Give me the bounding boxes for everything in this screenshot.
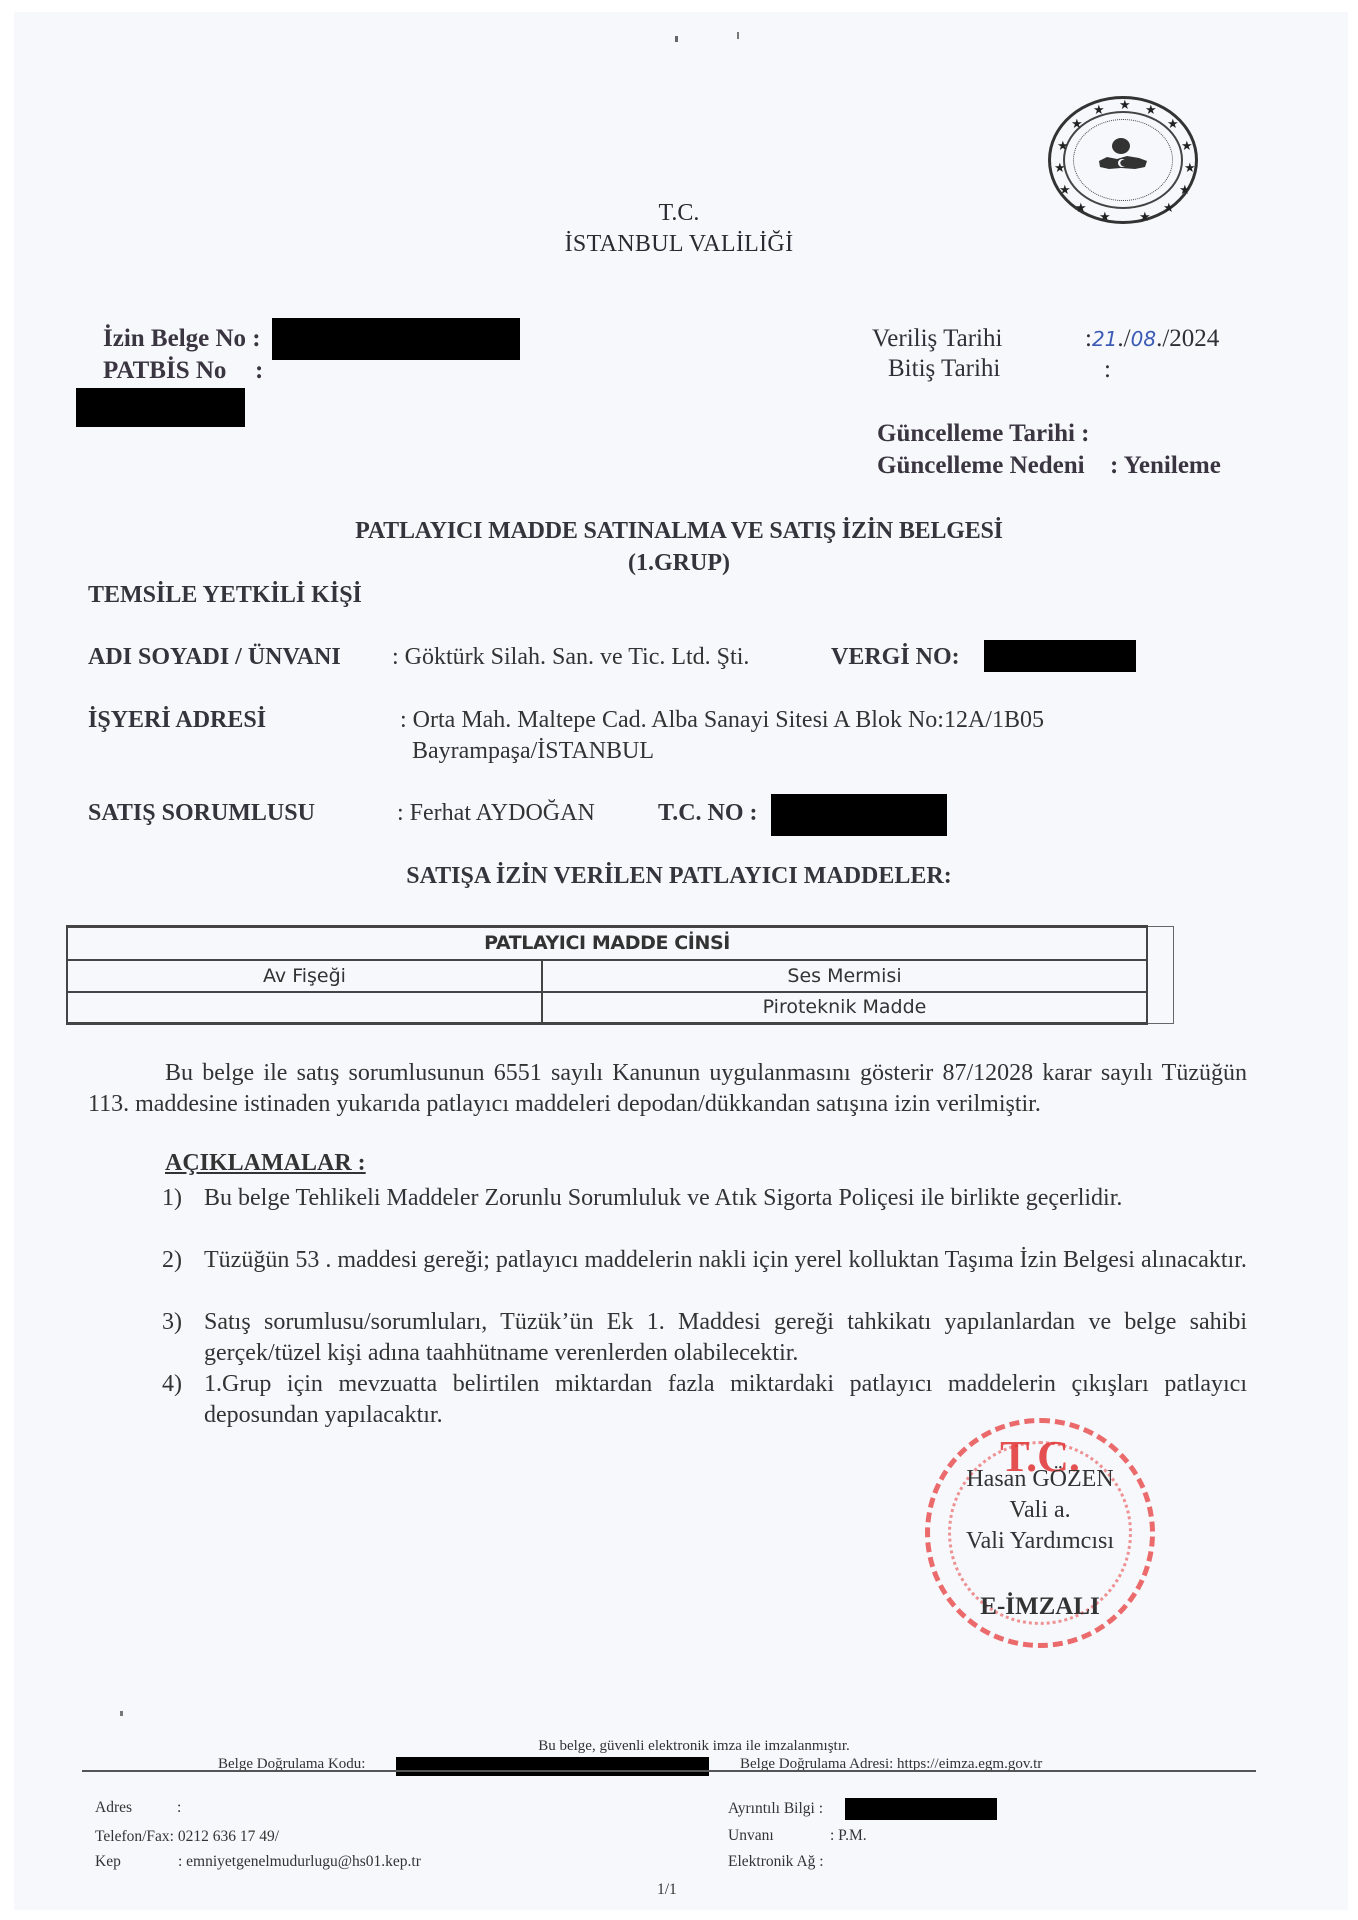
patbis-colon: : (255, 357, 263, 385)
table-cell: Ses Mermisi (542, 960, 1147, 992)
note-item: 1) Bu belge Tehlikeli Maddeler Zorunlu S… (162, 1183, 1247, 1245)
table-side-spacer (1147, 927, 1173, 1024)
sales-responsible-label: SATIŞ SORUMLUSU (88, 800, 315, 827)
note-number: 4) (162, 1369, 182, 1400)
star-icon: ★ (1184, 161, 1196, 174)
workplace-address-label: İŞYERİ ADRESİ (88, 707, 266, 734)
note-item: 2) Tüzüğün 53 . maddesi gereği; patlayıc… (162, 1245, 1247, 1307)
update-reason-value: : Yenileme (1110, 452, 1221, 480)
table-cell: Av Fişeği (67, 960, 542, 992)
scan-speck (120, 1711, 123, 1716)
issue-day-handwritten: 21 (1092, 327, 1117, 351)
patbis-number-redacted (76, 388, 245, 427)
document-subtitle: (1.GRUP) (0, 550, 1358, 577)
detail-info-label: Ayrıntılı Bilgi : (728, 1800, 823, 1818)
note-item: 4) 1.Grup için mevzuatta belirtilen mikt… (162, 1369, 1247, 1431)
kep-address: : emniyetgenelmudurlugu@hs01.kep.tr (178, 1853, 421, 1871)
table-cell: Piroteknik Madde (542, 992, 1147, 1024)
note-item: 3) Satış sorumlusu/sorumluları, Tüzük’ün… (162, 1307, 1247, 1369)
star-icon: ★ (1059, 183, 1071, 196)
e-signed-label: E-İMZALI (930, 1593, 1150, 1621)
expiry-date-label: Bitiş Tarihi (888, 355, 1000, 383)
phone-fax: Telefon/Fax: 0212 636 17 49/ (95, 1828, 279, 1846)
company-name-value: : Göktürk Silah. San. ve Tic. Ltd. Şti. (392, 644, 749, 671)
header-tc: T.C. (0, 200, 1358, 227)
issue-month-handwritten: 08 (1131, 327, 1156, 351)
star-icon: ★ (1181, 139, 1193, 152)
note-text: 1.Grup için mevzuatta belirtilen miktard… (204, 1369, 1247, 1431)
signer-proxy: Vali a. (930, 1497, 1150, 1524)
star-icon: ★ (1167, 117, 1179, 130)
permit-number-redacted (272, 318, 520, 360)
header-governorship: İSTANBUL VALİLİĞİ (0, 231, 1358, 258)
scan-speck (737, 32, 739, 39)
materials-section-title: SATIŞA İZİN VERİLEN PATLAYICI MADDELER: (0, 863, 1358, 890)
page-number: 1/1 (657, 1881, 677, 1899)
electronic-network-label: Elektronik Ağ : (728, 1853, 824, 1871)
update-date-label: Güncelleme Tarihi : (877, 420, 1090, 448)
address-colon: : (177, 1799, 181, 1817)
workplace-address-line1: : Orta Mah. Maltepe Cad. Alba Sanayi Sit… (400, 707, 1044, 734)
footer-divider (82, 1770, 1256, 1772)
esign-note: Bu belge, güvenli elektronik imza ile im… (0, 1738, 1358, 1755)
workplace-address-line2: Bayrampaşa/İSTANBUL (412, 738, 654, 765)
patbis-number-label: PATBİS No (103, 357, 226, 385)
document-title: PATLAYICI MADDE SATINALMA VE SATIŞ İZİN … (0, 518, 1358, 545)
signer-title: Vali Yardımcısı (930, 1528, 1150, 1555)
note-number: 3) (162, 1307, 182, 1338)
note-text: Satış sorumlusu/sorumluları, Tüzük’ün Ek… (204, 1307, 1247, 1369)
signer-name: Hasan GÖZEN (930, 1466, 1150, 1493)
star-icon: ★ (1119, 98, 1131, 111)
materials-table: PATLAYICI MADDE CİNSİ Av Fişeği Ses Merm… (66, 925, 1174, 1025)
turkey-map-emblem-icon (1097, 137, 1149, 177)
expiry-date-value: : (1104, 356, 1111, 384)
note-number: 2) (162, 1245, 182, 1276)
tax-number-label: VERGİ NO: (831, 644, 960, 671)
representative-section-label: TEMSİLE YETKİLİ KİŞİ (88, 582, 362, 609)
star-icon: ★ (1179, 183, 1191, 196)
star-icon: ★ (1054, 161, 1066, 174)
note-text: Tüzüğün 53 . maddesi gereği; patlayıcı m… (204, 1245, 1247, 1276)
tc-number-label: T.C. NO : (658, 800, 758, 827)
table-header-cell: PATLAYICI MADDE CİNSİ (67, 927, 1147, 960)
scan-speck (675, 36, 678, 42)
note-text: Bu belge Tehlikeli Maddeler Zorunlu Soru… (204, 1183, 1247, 1214)
table-header-row: PATLAYICI MADDE CİNSİ (67, 927, 1173, 960)
sales-responsible-value: : Ferhat AYDOĞAN (397, 800, 595, 827)
body-paragraph: Bu belge ile satış sorumlusunun 6551 say… (88, 1058, 1247, 1120)
table-row: Av Fişeği Ses Mermisi (67, 960, 1173, 992)
title-label: Unvanı (728, 1827, 774, 1845)
kep-label: Kep (95, 1853, 121, 1871)
table-row: Piroteknik Madde (67, 992, 1173, 1024)
star-icon: ★ (1145, 103, 1157, 116)
tc-number-redacted (771, 794, 947, 836)
table-cell (67, 992, 542, 1024)
note-number: 1) (162, 1183, 182, 1214)
star-icon: ★ (1071, 117, 1083, 130)
issue-date-label: Veriliş Tarihi (872, 325, 1002, 353)
star-icon: ★ (1093, 103, 1105, 116)
verification-code-redacted (396, 1757, 709, 1776)
notes-title: AÇIKLAMALAR : (165, 1150, 366, 1177)
tax-number-redacted (984, 640, 1136, 672)
company-name-label: ADI SOYADI / ÜNVANI (88, 644, 341, 671)
star-icon: ★ (1057, 139, 1069, 152)
address-label: Adres (95, 1799, 132, 1817)
issue-year: /2024 (1162, 325, 1219, 352)
update-reason-label: Güncelleme Nedeni (877, 452, 1085, 480)
detail-info-redacted (845, 1798, 997, 1820)
issue-date-value: :21./08./2024 (1085, 325, 1219, 353)
permit-number-label: İzin Belge No : (103, 325, 261, 353)
title-value: : P.M. (830, 1827, 867, 1845)
